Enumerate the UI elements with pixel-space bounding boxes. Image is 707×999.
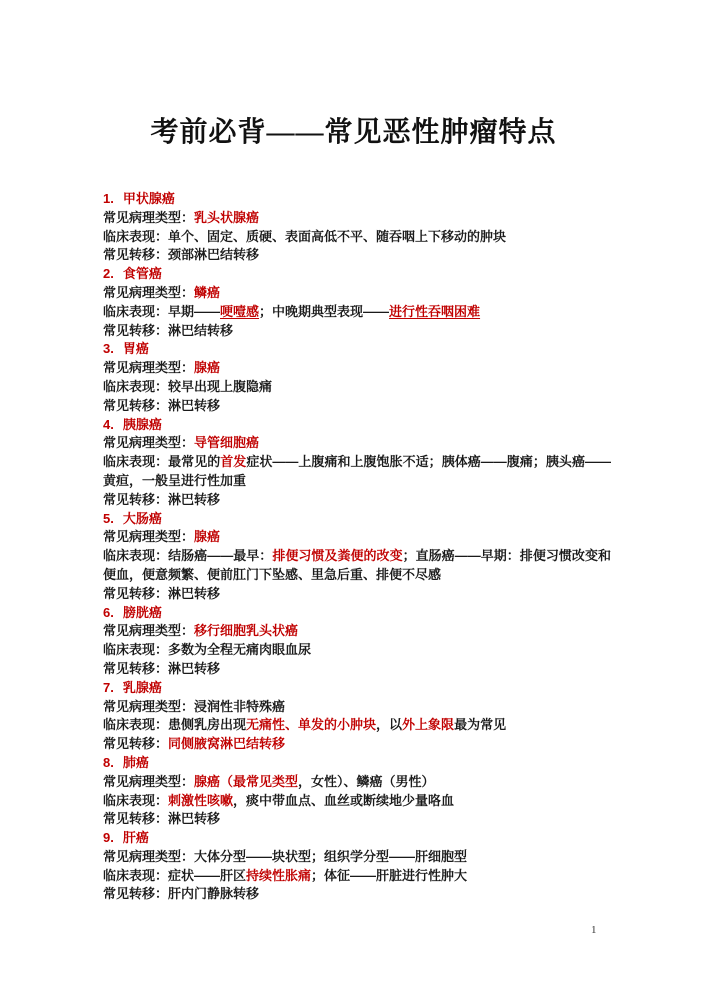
text-segment: 临床表现：较早出现上腹隐痛 <box>103 379 272 394</box>
section-number: 4. <box>103 416 114 435</box>
section-line: 常见转移：淋巴结转移 <box>103 322 611 341</box>
highlight-segment: 同侧腋窝淋巴结转移 <box>168 736 285 751</box>
section-line: 常见病理类型：腺癌 <box>103 359 611 378</box>
section-line: 常见病理类型：腺癌 <box>103 528 611 547</box>
text-segment: 临床表现：单个、固定、质硬、表面高低不平、随吞咽上下移动的肿块 <box>103 229 506 244</box>
text-segment: ，女性）、鳞癌（男性） <box>298 774 435 789</box>
section-name: 乳腺癌 <box>123 680 162 695</box>
highlight-segment: 进行性吞咽困难 <box>389 304 480 319</box>
highlight-segment: 刺激性咳嗽 <box>168 793 233 808</box>
section-line: 临床表现：较早出现上腹隐痛 <box>103 378 611 397</box>
section-line: 临床表现：结肠癌——最早：排便习惯及粪便的改变；直肠癌——早期：排便习惯改变和便… <box>103 547 611 585</box>
section-heading: 2.食管癌 <box>103 265 611 284</box>
section-name: 膀胱癌 <box>123 605 162 620</box>
text-segment: 临床表现：症状——肝区 <box>103 868 246 883</box>
text-segment: 常见转移：淋巴转移 <box>103 661 220 676</box>
section-number: 2. <box>103 265 114 284</box>
section-line: 临床表现：最常见的首发症状——上腹痛和上腹饱胀不适；胰体癌——腹痛；胰头癌——黄… <box>103 453 611 491</box>
text-segment: ；体征——肝脏进行性肿大 <box>311 868 467 883</box>
highlight-segment: 排便习惯及粪便的改变 <box>272 548 402 563</box>
section-line: 常见转移：淋巴转移 <box>103 491 611 510</box>
section-heading: 6.膀胱癌 <box>103 604 611 623</box>
section-heading: 5.大肠癌 <box>103 510 611 529</box>
section-line: 临床表现：症状——肝区持续性胀痛；体征——肝脏进行性肿大 <box>103 867 611 886</box>
section-line: 常见病理类型：腺癌（最常见类型，女性）、鳞癌（男性） <box>103 773 611 792</box>
section-name: 胃癌 <box>123 341 149 356</box>
text-segment: 临床表现：早期—— <box>103 304 220 319</box>
page-number: 1 <box>591 924 597 936</box>
section-line: 临床表现：刺激性咳嗽，痰中带血点、血丝或断续地少量咯血 <box>103 792 611 811</box>
text-segment: 临床表现：多数为全程无痛肉眼血尿 <box>103 642 311 657</box>
section-line: 常见转移：颈部淋巴结转移 <box>103 246 611 265</box>
highlight-segment: 移行细胞乳头状癌 <box>194 623 298 638</box>
section-line: 常见病理类型：乳头状腺癌 <box>103 209 611 228</box>
text-segment: 常见病理类型： <box>103 774 194 789</box>
section-name: 胰腺癌 <box>123 417 162 432</box>
text-segment: 常见转移：颈部淋巴结转移 <box>103 247 259 262</box>
text-segment: 常见病理类型： <box>103 210 194 225</box>
text-segment: 临床表现：最常见的 <box>103 454 220 469</box>
text-segment: 常见转移：肝内门静脉转移 <box>103 886 259 901</box>
text-segment: 常见转移：淋巴转移 <box>103 398 220 413</box>
section-line: 临床表现：多数为全程无痛肉眼血尿 <box>103 641 611 660</box>
section-name: 大肠癌 <box>123 511 162 526</box>
highlight-segment: 哽噎感 <box>220 304 259 319</box>
section-name: 肺癌 <box>123 755 149 770</box>
section-line: 常见转移：淋巴转移 <box>103 660 611 679</box>
text-segment: 常见转移：淋巴转移 <box>103 586 220 601</box>
text-segment: ，痰中带血点、血丝或断续地少量咯血 <box>233 793 454 808</box>
section-name: 甲状腺癌 <box>123 191 175 206</box>
text-segment: 最为常见 <box>454 717 506 732</box>
section-number: 1. <box>103 190 114 209</box>
text-segment: 常见转移：淋巴转移 <box>103 492 220 507</box>
section-number: 9. <box>103 829 114 848</box>
section-line: 常见病理类型：浸润性非特殊癌 <box>103 698 611 717</box>
text-segment: 常见转移：淋巴结转移 <box>103 323 233 338</box>
document-body: 1.甲状腺癌常见病理类型：乳头状腺癌临床表现：单个、固定、质硬、表面高低不平、随… <box>103 190 611 904</box>
section-line: 常见转移：肝内门静脉转移 <box>103 885 611 904</box>
section-heading: 1.甲状腺癌 <box>103 190 611 209</box>
text-segment: 常见病理类型： <box>103 435 194 450</box>
highlight-segment: 乳头状腺癌 <box>194 210 259 225</box>
section-heading: 8.肺癌 <box>103 754 611 773</box>
document-page: 考前必背——常见恶性肿瘤特点 1.甲状腺癌常见病理类型：乳头状腺癌临床表现：单个… <box>0 0 707 999</box>
section-name: 肝癌 <box>123 830 149 845</box>
section-number: 8. <box>103 754 114 773</box>
text-segment: 常见病理类型： <box>103 285 194 300</box>
section-number: 6. <box>103 604 114 623</box>
section-number: 5. <box>103 510 114 529</box>
highlight-segment: 腺癌 <box>194 360 220 375</box>
page-title: 考前必背——常见恶性肿瘤特点 <box>0 0 707 150</box>
text-segment: 临床表现：结肠癌——最早： <box>103 548 272 563</box>
section-heading: 3.胃癌 <box>103 340 611 359</box>
highlight-segment: 无痛性、单发的小肿块 <box>246 717 376 732</box>
section-line: 常见病理类型：移行细胞乳头状癌 <box>103 622 611 641</box>
section-line: 常见转移：淋巴转移 <box>103 397 611 416</box>
section-line: 临床表现：单个、固定、质硬、表面高低不平、随吞咽上下移动的肿块 <box>103 228 611 247</box>
text-segment: 常见转移： <box>103 736 168 751</box>
section-line: 常见病理类型：鳞癌 <box>103 284 611 303</box>
text-segment: 临床表现：患侧乳房出现 <box>103 717 246 732</box>
highlight-segment: 持续性胀痛 <box>246 868 311 883</box>
section-heading: 4.胰腺癌 <box>103 416 611 435</box>
section-line: 临床表现：早期——哽噎感；中晚期典型表现——进行性吞咽困难 <box>103 303 611 322</box>
section-number: 3. <box>103 340 114 359</box>
text-segment: 常见病理类型：浸润性非特殊癌 <box>103 699 285 714</box>
text-segment: 常见病理类型： <box>103 529 194 544</box>
text-segment: 常见病理类型：大体分型——块状型；组织学分型——肝细胞型 <box>103 849 467 864</box>
text-segment: ，以 <box>376 717 402 732</box>
text-segment: 临床表现： <box>103 793 168 808</box>
section-line: 常见病理类型：大体分型——块状型；组织学分型——肝细胞型 <box>103 848 611 867</box>
text-segment: 常见病理类型： <box>103 360 194 375</box>
highlight-segment: 腺癌 <box>194 529 220 544</box>
text-segment: ；中晚期典型表现—— <box>259 304 389 319</box>
section-line: 临床表现：患侧乳房出现无痛性、单发的小肿块，以外上象限最为常见 <box>103 716 611 735</box>
highlight-segment: 首发 <box>220 454 246 469</box>
section-line: 常见转移：同侧腋窝淋巴结转移 <box>103 735 611 754</box>
section-number: 7. <box>103 679 114 698</box>
text-segment: 常见转移：淋巴转移 <box>103 811 220 826</box>
highlight-segment: 鳞癌 <box>194 285 220 300</box>
section-line: 常见转移：淋巴转移 <box>103 810 611 829</box>
highlight-segment: 腺癌（最常见类型 <box>194 774 298 789</box>
text-segment: 常见病理类型： <box>103 623 194 638</box>
section-heading: 7.乳腺癌 <box>103 679 611 698</box>
section-line: 常见转移：淋巴转移 <box>103 585 611 604</box>
section-line: 常见病理类型：导管细胞癌 <box>103 434 611 453</box>
highlight-segment: 外上象限 <box>402 717 454 732</box>
section-heading: 9.肝癌 <box>103 829 611 848</box>
section-name: 食管癌 <box>123 266 162 281</box>
highlight-segment: 导管细胞癌 <box>194 435 259 450</box>
